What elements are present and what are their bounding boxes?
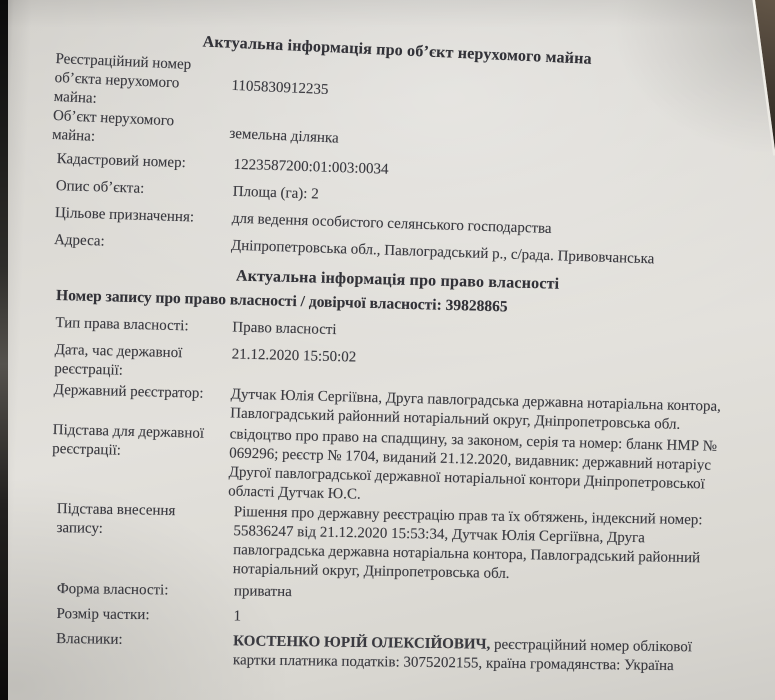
section-object-bottom: Кадастровий номер: 1223587200:01:003:003…	[54, 150, 739, 272]
field-label: Опис об’єкта:	[56, 177, 234, 202]
field-row-reg-basis: Підстава для державної реєстрації: свідо…	[51, 421, 735, 514]
field-label: Об’єкт нерухомого майна:	[52, 107, 231, 153]
field-value: Право власності	[232, 318, 737, 350]
section-ownership-top: Актуальна інформація про право власності…	[51, 262, 739, 514]
field-value: 1105830912235	[231, 77, 736, 118]
field-label: Дата, час державної реєстрації:	[54, 341, 232, 383]
field-value: свідоцтво про право на спадщину, за зако…	[228, 425, 735, 514]
field-label: Тип права власності:	[55, 314, 232, 337]
field-row-entry-basis: Підстава внесення запису: Рішення про де…	[56, 500, 739, 588]
field-label: Форма власності:	[57, 580, 234, 601]
section-ownership-middle: Підстава внесення запису: Рішення про де…	[56, 500, 739, 588]
field-label: Підстава для державної реєстрації:	[51, 421, 230, 501]
field-value: КОСТЕНКО ЮРІЙ ОЛЕКСІЙОВИЧ, реєстраційний…	[233, 632, 738, 677]
field-label: Власники:	[56, 630, 233, 670]
section-ownership-bottom: Форма власності: приватна Розмір частки:…	[56, 580, 739, 677]
field-label: Цільове призначення:	[55, 204, 233, 229]
field-label: Розмір частки:	[56, 605, 233, 626]
field-label: Кадастровий номер:	[56, 150, 234, 175]
field-value: Рішення про державну реєстрацію прав та …	[233, 503, 739, 588]
field-label: Адреса:	[54, 231, 232, 256]
field-row-owners: Власники: КОСТЕНКО ЮРІЙ ОЛЕКСІЙОВИЧ, реє…	[56, 630, 738, 677]
field-label: Реєстраційний номер об’єкта нерухомого м…	[53, 50, 232, 115]
field-label: Державний реєстратор:	[53, 381, 231, 423]
document-content: Актуальна інформація про об’єкт нерухомо…	[0, 0, 775, 700]
field-value: 1	[233, 607, 738, 633]
paper-sheet: № 0102 Актуальна інформація про об’єкт н…	[0, 0, 775, 700]
owner-name: КОСТЕНКО ЮРІЙ ОЛЕКСІЙОВИЧ,	[233, 633, 490, 652]
document-photo: № 0102 Актуальна інформація про об’єкт н…	[0, 0, 775, 700]
field-row-share-size: Розмір частки: 1	[56, 605, 738, 633]
field-label: Підстава внесення запису:	[56, 500, 234, 579]
